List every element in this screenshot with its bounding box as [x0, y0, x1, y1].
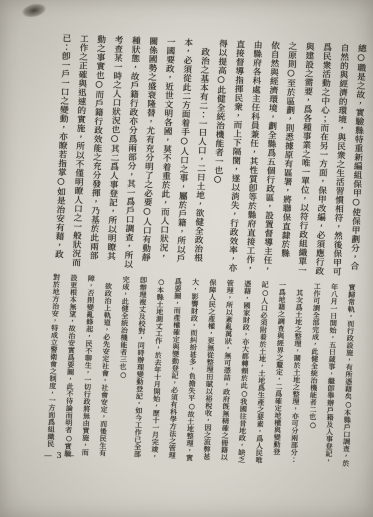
scanned-page: 總○職是之故，實驗縣特重新編組保甲○使保甲劃分，合於自然的與經濟的環境，與民衆之…	[0, 0, 373, 517]
text-block: 總○職是之故，實驗縣特重新編組保甲○使保甲劃分，合於自然的與經濟的環境，與民衆之…	[41, 33, 370, 468]
page-number: — 3 —	[44, 451, 75, 460]
ink-smudge	[21, 2, 47, 20]
top-register: 總○職是之故，實驗縣特重新編組保甲○使保甲劃分，合於自然的與經濟的環境，與民衆之…	[48, 33, 370, 278]
bottom-register: 實歸常軌，而行政設施，有所憑藉矣○本縣戶口調查，於去年八月一日開始，五日蕆事，繼…	[41, 273, 361, 468]
